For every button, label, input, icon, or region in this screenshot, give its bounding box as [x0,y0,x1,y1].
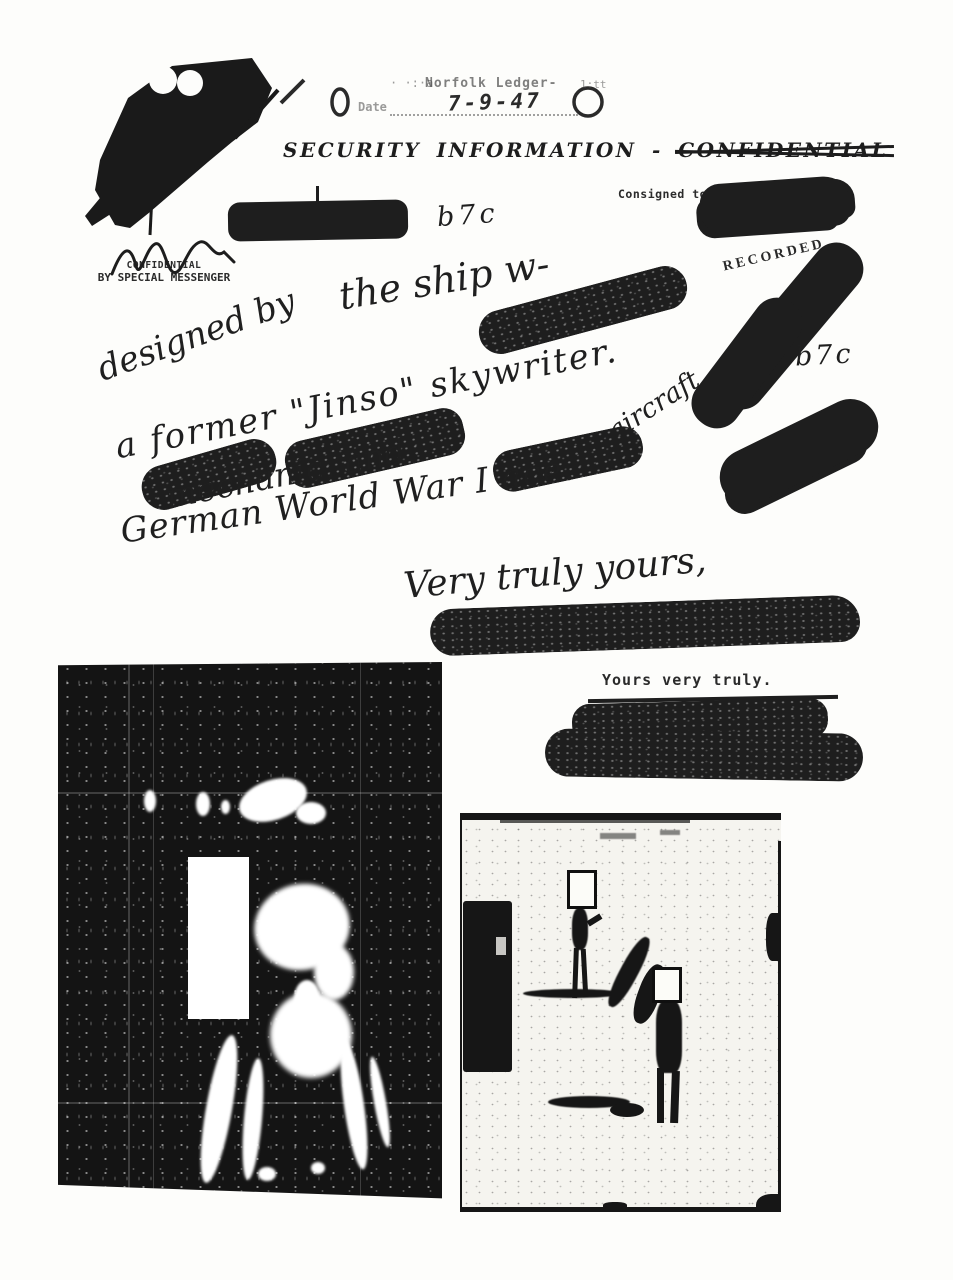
figure2-face-redaction-box [652,967,682,1003]
photo-scratch-line [128,662,130,1200]
photo-face-redaction-box [188,857,249,1019]
redaction-signature-1 [429,595,860,657]
figure2-feet-shadow [610,1103,644,1117]
photo-highlight-fleck [311,1162,325,1174]
handwriting-line2: designed by [92,281,301,390]
check-mark [278,76,308,106]
photo-top-mark [600,833,636,839]
punch-hole-right [177,70,203,96]
handwriting-closing: Very truly yours, [402,540,708,607]
photo-highlight-fleck [258,1167,276,1181]
figure1-face-redaction-box [567,870,597,909]
photo-light-figures [460,813,781,1212]
photo-highlight-face2 [314,944,354,1000]
redaction-signature-2b [545,728,864,782]
photo-border-top [460,813,781,820]
exemption-code-right: b7c [794,338,854,372]
photo-corner-blob [756,1194,781,1212]
figure2-torso [656,1001,682,1073]
date-value: 7-9-47 [448,88,543,115]
figure1-torso [572,908,588,950]
photo-border-left [460,813,462,1212]
typed-closing: Yours very truly. [602,671,773,689]
photo-highlight-fleck [221,800,230,814]
photo-dark-portrait [58,662,442,1200]
figure2-leg [657,1068,664,1123]
pen-drip [150,195,152,235]
document-scan-page: · ·:·a Norfolk Ledger- 1:tt Date 7-9-47 … [0,0,953,1280]
redaction-tick [316,186,319,202]
photo-highlight-fleck [144,790,156,812]
security-banner: SECURITY INFORMATION - CONFIDENTIAL [283,138,888,162]
photo-edge-blob [766,913,781,961]
photo-border-top2 [500,820,690,823]
photo-highlight-fleck [196,792,210,816]
pen-scribble-over-confidential [108,236,238,280]
photo-top-mark [660,830,680,835]
exemption-code-top: b7c [436,198,500,233]
redaction-bar-top [228,199,409,241]
photo-scratch-line [153,662,154,1200]
photo-bottom-mark [603,1202,627,1210]
redaction-consigned [698,175,851,235]
clip-fragment-right: 1:tt [580,78,607,91]
photo-highlight-hat2 [296,802,326,824]
redaction-diagonal-1b [682,288,812,438]
security-banner-text: SECURITY INFORMATION - [283,138,663,162]
circle-mark-left [329,86,351,118]
photo-doorway-dark [463,901,512,1072]
photo-doorway-notch [496,937,506,955]
punch-hole-left [149,66,177,94]
photo-border-right [778,841,781,1212]
security-banner-struck-word: CONFIDENTIAL [678,138,888,162]
date-label: Date [358,100,387,114]
